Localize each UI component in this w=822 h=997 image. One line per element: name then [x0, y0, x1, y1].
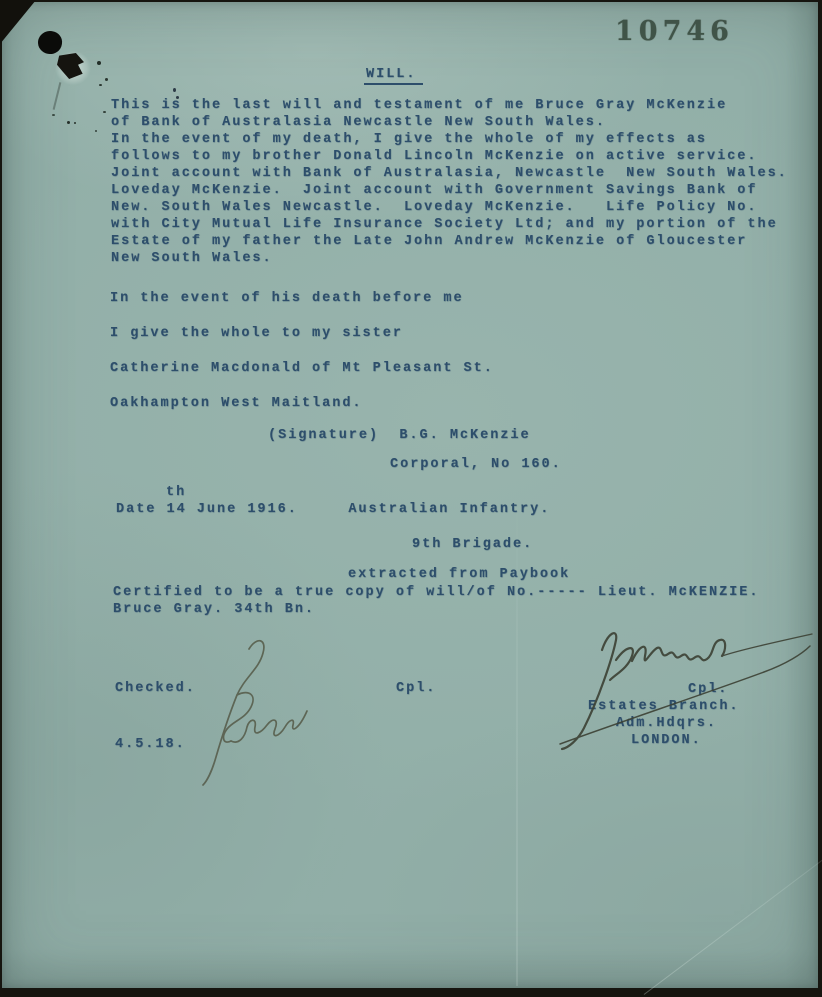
certify-line-1: Certified to be a true copy of will/of N… — [113, 584, 759, 601]
extract-note: extracted from Paybook — [348, 566, 570, 583]
signature-stroke — [562, 633, 616, 749]
speck — [173, 88, 176, 92]
bequest-clauses: In the event of his death before me I gi… — [110, 281, 494, 421]
speck — [97, 61, 101, 65]
will-body-paragraph: This is the last will and testament of m… — [111, 97, 788, 267]
checked-date: 4.5.18. — [115, 736, 186, 753]
speck — [99, 84, 102, 86]
signature-stroke — [722, 634, 812, 656]
document-title: WILL. — [364, 66, 423, 83]
speck — [103, 111, 106, 113]
signature-stroke — [231, 711, 307, 742]
vertical-crease — [516, 0, 518, 986]
center-rank: Cpl. — [396, 680, 436, 697]
date-superscript: th — [166, 484, 186, 501]
signature-line: (Signature) B.G. McKenzie — [268, 427, 531, 444]
document-title-text: WILL. — [364, 67, 423, 85]
checker-handwritten-signature — [183, 633, 311, 788]
certify-line-2: Bruce Gray. 34th Bn. — [113, 601, 315, 618]
speck — [67, 121, 70, 124]
speck — [105, 78, 108, 81]
scanned-will-document: { "colors": { "paper": "#92afa8", "typew… — [0, 0, 822, 997]
signature-stroke — [203, 641, 264, 785]
registry-number-stamp: 10746 — [615, 16, 734, 47]
speck — [52, 114, 55, 116]
speck — [74, 122, 76, 124]
signature-stroke — [632, 640, 725, 661]
rank-line: Corporal, No 160. — [390, 456, 562, 473]
speck — [95, 130, 97, 132]
officer-handwritten-signature — [550, 616, 818, 751]
date-and-unit-line: Date 14 June 1916. Australian Infantry. — [116, 501, 550, 518]
